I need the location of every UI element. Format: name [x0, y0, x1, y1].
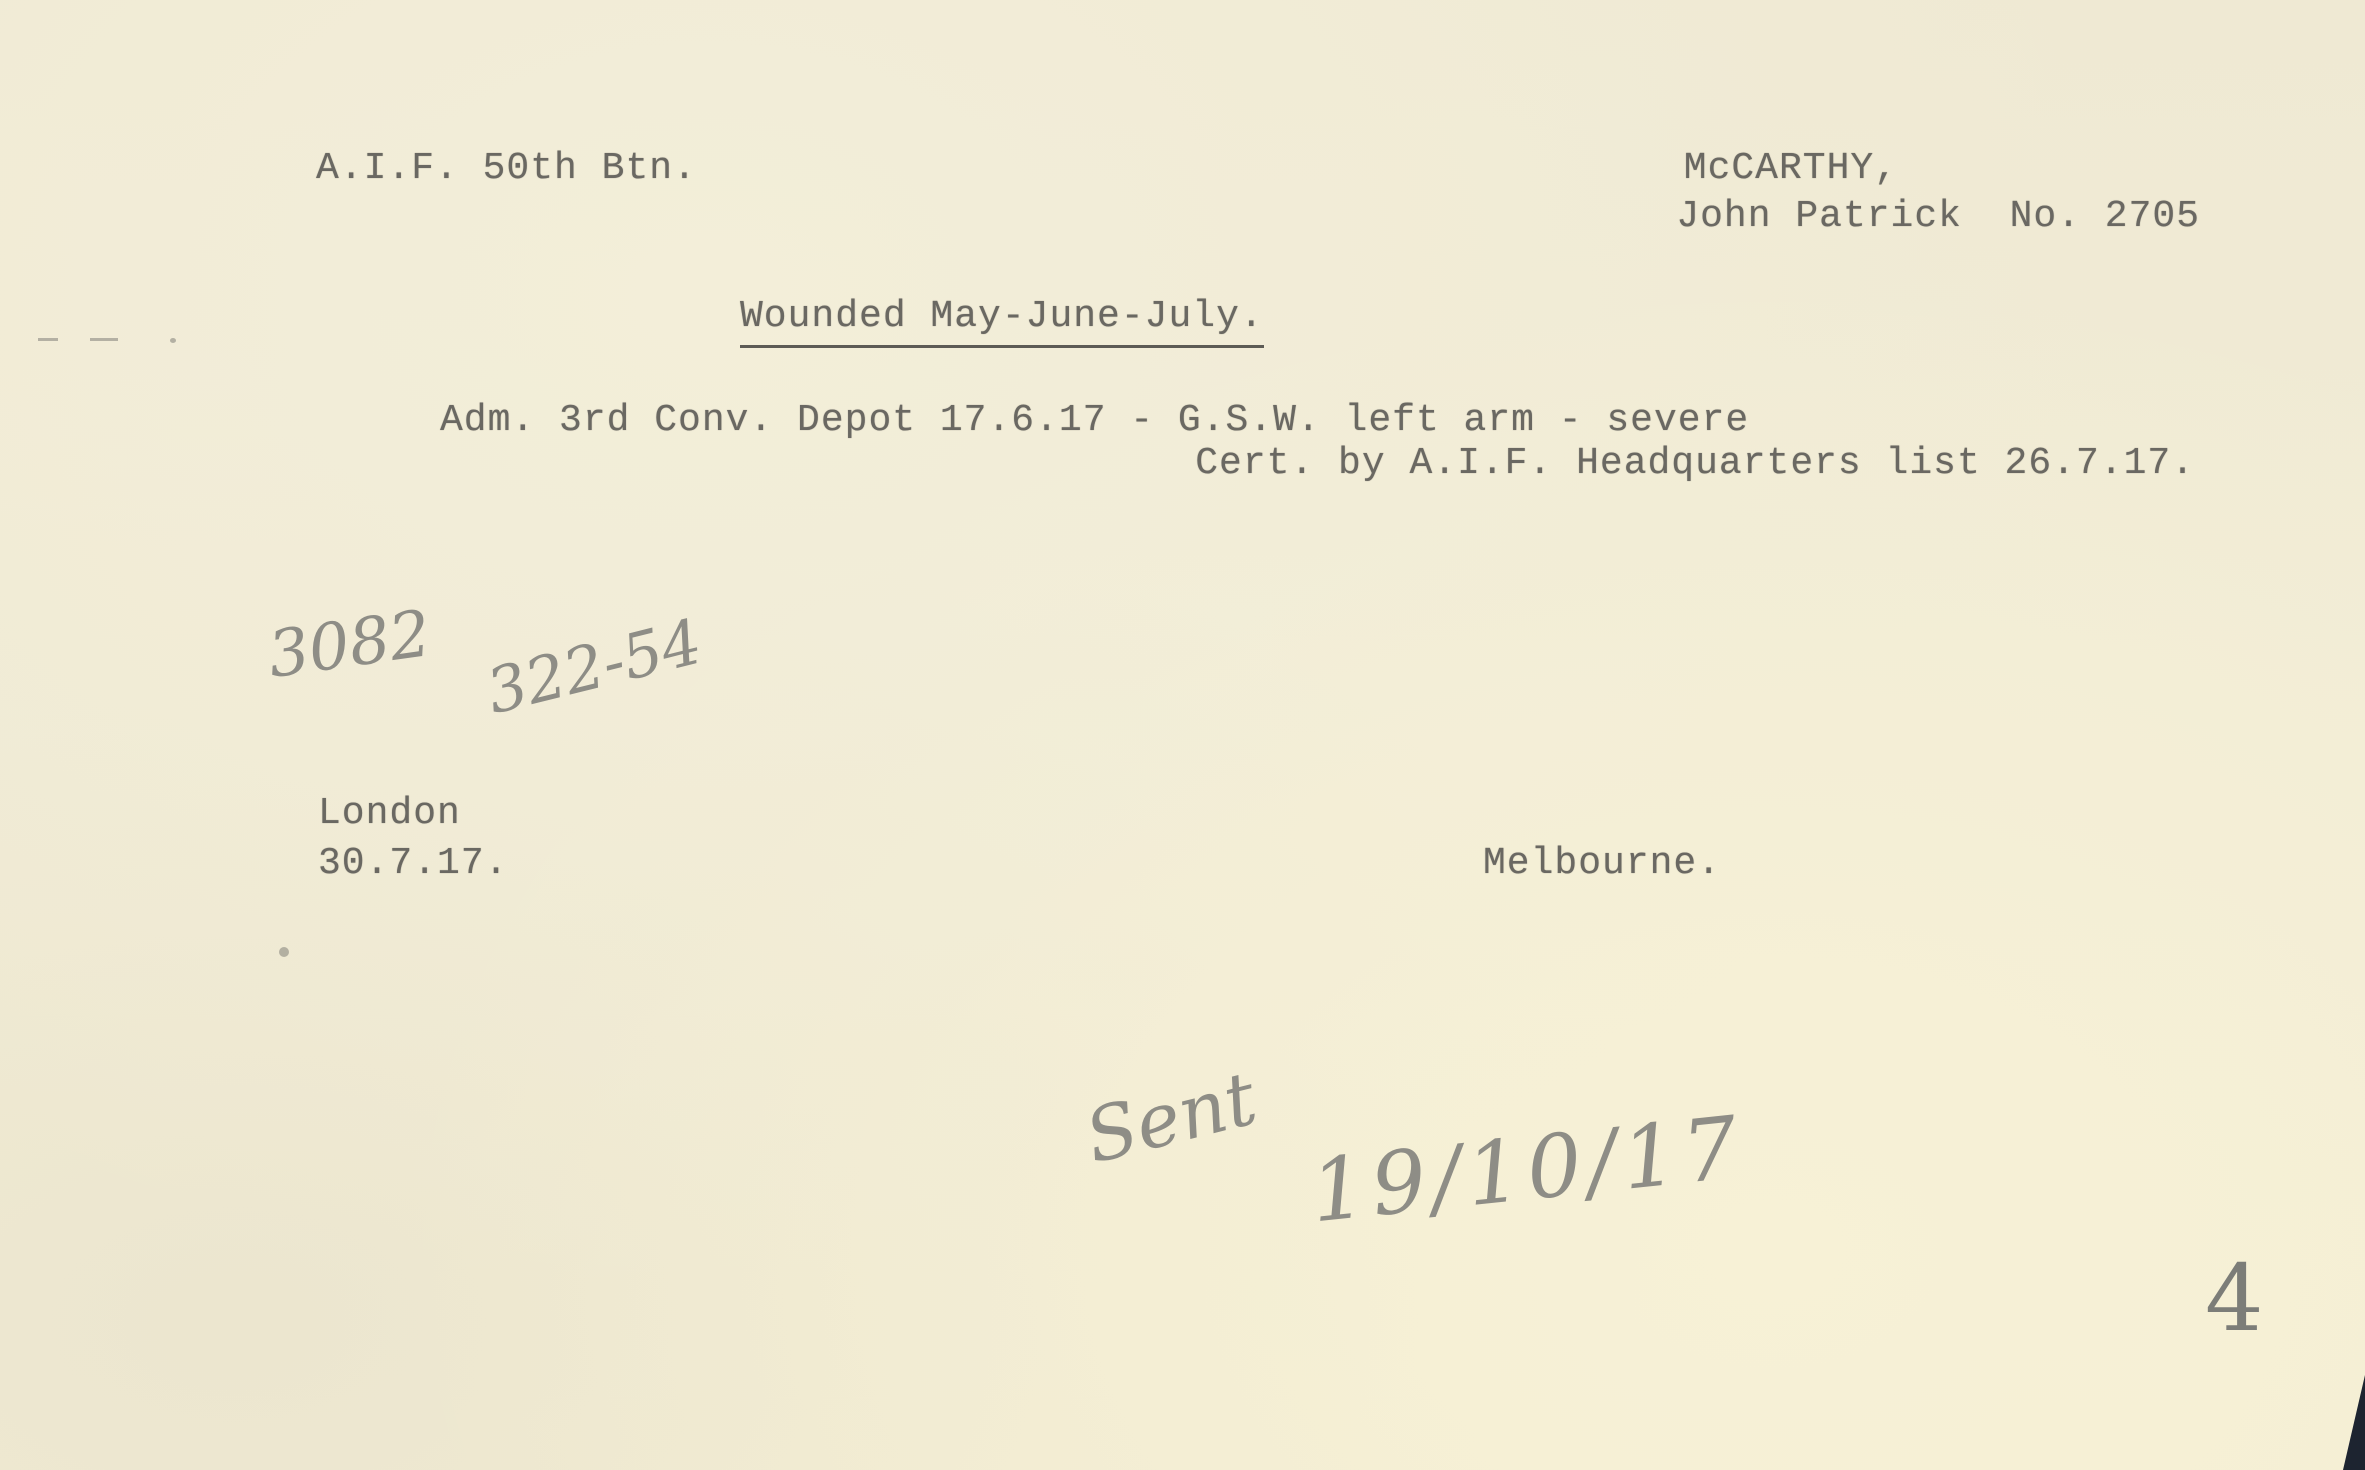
- certification-entry: Cert. by A.I.F. Headquarters list 26.7.1…: [1195, 440, 2195, 488]
- stray-ink-mark: [38, 338, 58, 341]
- stray-ink-dot: [279, 947, 289, 957]
- handwritten-page-number: 4: [2205, 1245, 2264, 1352]
- handwritten-ref-number-1: 3082: [264, 597, 436, 693]
- admission-entry: Adm. 3rd Conv. Depot 17.6.17 - G.S.W. le…: [440, 397, 1749, 445]
- destination-city: Melbourne.: [1483, 840, 1721, 888]
- surname: McCARTHY,: [1684, 145, 1898, 193]
- stray-ink-mark: [170, 338, 176, 343]
- origin-city: London: [318, 790, 461, 838]
- record-card: A.I.F. 50th Btn. McCARTHY, John Patrick …: [0, 0, 2365, 1470]
- casualty-heading: Wounded May-June-July.: [740, 293, 1264, 348]
- stray-ink-mark: [90, 338, 118, 341]
- handwritten-ref-number-2: 322-54: [479, 605, 708, 729]
- card-corner-shadow: [2343, 1375, 2365, 1470]
- origin-date: 30.7.17.: [318, 840, 508, 888]
- handwritten-sent-date: 19/10/17: [1306, 1098, 1748, 1243]
- unit-label: A.I.F. 50th Btn.: [316, 145, 697, 193]
- handwritten-sent-note: Sent: [1077, 1055, 1265, 1180]
- name-and-service-number: John Patrick No. 2705: [1676, 193, 2200, 241]
